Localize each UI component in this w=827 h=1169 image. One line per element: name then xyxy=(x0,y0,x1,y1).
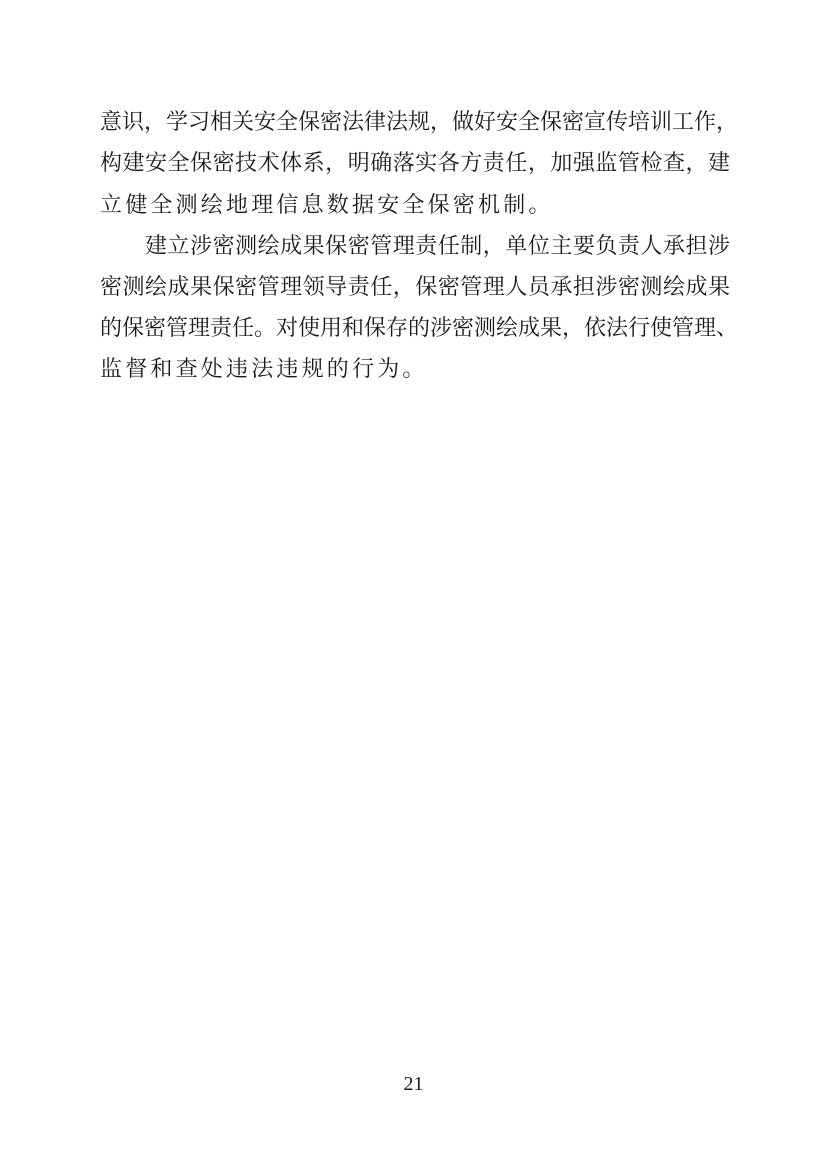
text-line: 的保密管理责任。对使用和保存的涉密测绘成果，依法行使管理、 xyxy=(100,314,730,344)
text-line: 密测绘成果保密管理领导责任，保密管理人员承担涉密测绘成果 xyxy=(100,273,730,303)
document-page: 意识，学习相关安全保密法律法规，做好安全保密宣传培训工作， 构建安全保密技术体系… xyxy=(0,0,827,1169)
text-line: 建立涉密测绘成果保密管理责任制，单位主要负责人承担涉 xyxy=(100,232,730,262)
text-line: 意识，学习相关安全保密法律法规，做好安全保密宣传培训工作， xyxy=(100,108,730,138)
text-line: 立健全测绘地理信息数据安全保密机制。 xyxy=(100,191,730,221)
page-number: 21 xyxy=(0,1072,827,1096)
text-line: 构建安全保密技术体系，明确落实各方责任，加强监管检查，建 xyxy=(100,149,730,179)
text-line: 监督和查处违法违规的行为。 xyxy=(100,355,730,385)
